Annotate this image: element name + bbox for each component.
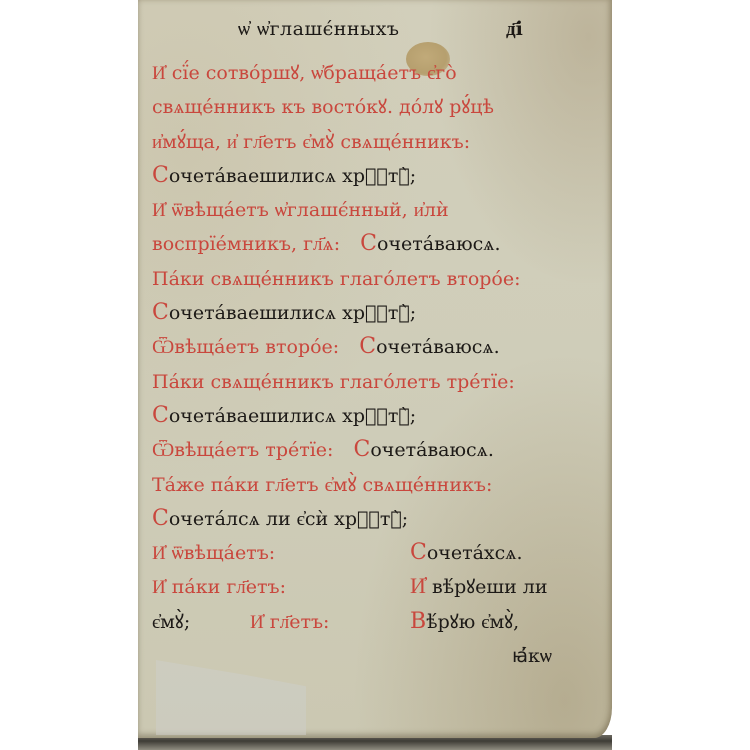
red-initial: С — [152, 403, 169, 428]
rubric: И҆ ѿвѣща́етъ ѡ҆глашє́нный, и҆лѝ — [152, 199, 449, 221]
running-head: ѡ҆ ѡ҆глашє́нныхъ — [238, 18, 400, 41]
red-initial: С — [360, 231, 377, 256]
text-line: Ѿвѣща́етъ второ́е: Сочета́ваюсѧ. — [152, 330, 562, 364]
spoken-text: очета́ваешилисѧ хрⷭ҇тꙋ̀; — [169, 165, 416, 187]
text-line: Па́ки свѧще́нникъ глаго́летъ второ́е: — [152, 262, 562, 296]
red-initial: С — [359, 334, 376, 359]
text-line: И҆ сї́е сотво́ршꙋ, ѡ҆браща́етъ є҆го̀ — [152, 56, 562, 90]
spoken-text: очета́ваюсѧ. — [370, 439, 494, 461]
manuscript-page: ѡ҆ ѡ҆глашє́нныхъ д҃і И҆ сї́е сотво́ршꙋ, … — [138, 0, 612, 738]
rubric: И҆ ѿвѣща́етъ: — [152, 536, 275, 570]
text-line: Ѿвѣща́етъ тре́тїе: Сочета́ваюсѧ. — [152, 433, 562, 467]
spoken-text: очета́хсѧ. — [427, 542, 523, 564]
red-initial: В — [410, 609, 426, 634]
catchword-line: ꙗ҆́кѡ — [152, 639, 562, 673]
text-line: И҆ ѿвѣща́етъ: Сочета́хсѧ. — [152, 536, 562, 570]
spoken-text: очета́ваюсѧ. — [377, 233, 501, 255]
spoken-text: ѣ́рꙋю є҆мꙋ̀, — [426, 611, 519, 633]
text-line: Па́ки свѧще́нникъ глаго́летъ тре́тїе: — [152, 365, 562, 399]
text-line: Сочета́ваешилисѧ хрⷭ҇тꙋ̀; — [152, 296, 562, 330]
spoken-text: очета́ваюсѧ. — [376, 336, 500, 358]
rubric: Па́ки свѧще́нникъ глаго́летъ тре́тїе: — [152, 371, 515, 393]
rubric: И҆ сї́е сотво́ршꙋ, ѡ҆браща́етъ є҆го̀ — [152, 62, 457, 84]
rubric: И҆ па́ки гл҃етъ: — [152, 570, 286, 604]
red-initial: С — [152, 300, 169, 325]
text-line: и҆мꙋ́ща, и҆ гл҃етъ є҆мꙋ̀ свѧще́нникъ: — [152, 125, 562, 159]
text-line: свѧще́нникъ къ восто́кꙋ. до́лꙋ рꙋ́цѣ — [152, 90, 562, 124]
text-line: И҆ па́ки гл҃етъ: И҆ вѣ́рꙋеши ли — [152, 570, 562, 604]
catchword: ꙗ҆́кѡ — [512, 639, 552, 673]
rubric: воспрїе́мникъ, гл҃ѧ: — [152, 233, 340, 255]
spoken-text: вѣ́рꙋеши ли — [432, 576, 548, 598]
text-line: Та́же па́ки гл҃етъ є҆мꙋ̀ свѧще́нникъ: — [152, 468, 562, 502]
rubric: Ѿвѣща́етъ тре́тїе: — [152, 439, 333, 461]
spoken-text: очета́ваешилисѧ хрⷭ҇тꙋ̀; — [169, 405, 416, 427]
rubric: Па́ки свѧще́нникъ глаго́летъ второ́е: — [152, 268, 521, 290]
text-line: И҆ ѿвѣща́етъ ѡ҆глашє́нный, и҆лѝ — [152, 193, 562, 227]
text-line: Сочета́лсѧ ли є҆сѝ хрⷭ҇тꙋ̀; — [152, 502, 562, 536]
text-line: Сочета́ваешилисѧ хрⷭ҇тꙋ̀; — [152, 159, 562, 193]
text-line: є҆мꙋ̀; И҆ гл҃етъ: Вѣ́рꙋю є҆мꙋ̀, — [152, 605, 562, 639]
rubric: Та́же па́ки гл҃етъ є҆мꙋ̀ свѧще́нникъ: — [152, 474, 492, 496]
red-initial: С — [152, 163, 169, 188]
spoken-text: очета́ваешилисѧ хрⷭ҇тꙋ̀; — [169, 302, 416, 324]
red-initial: С — [152, 506, 169, 531]
rubric: Ѿвѣща́етъ второ́е: — [152, 336, 339, 358]
folio-number: д҃і — [506, 18, 523, 41]
text-line: воспрїе́мникъ, гл҃ѧ: Сочета́ваюсѧ. — [152, 227, 562, 261]
rubric: и҆мꙋ́ща, и҆ гл҃етъ є҆мꙋ̀ свѧще́нникъ: — [152, 131, 470, 153]
spoken-text: очета́лсѧ ли є҆сѝ хрⷭ҇тꙋ̀; — [169, 508, 408, 530]
red-initial: С — [354, 437, 371, 462]
text-block: И҆ сї́е сотво́ршꙋ, ѡ҆браща́етъ є҆го̀ свѧ… — [152, 56, 562, 673]
text-line: Сочета́ваешилисѧ хрⷭ҇тꙋ̀; — [152, 399, 562, 433]
rubric: свѧще́нникъ къ восто́кꙋ. до́лꙋ рꙋ́цѣ — [152, 96, 494, 118]
spoken-text: є҆мꙋ̀; — [152, 605, 190, 639]
rubric: И҆ гл҃етъ: — [250, 605, 329, 639]
red-initial: С — [410, 540, 427, 565]
red-initial: И҆ — [410, 574, 426, 599]
